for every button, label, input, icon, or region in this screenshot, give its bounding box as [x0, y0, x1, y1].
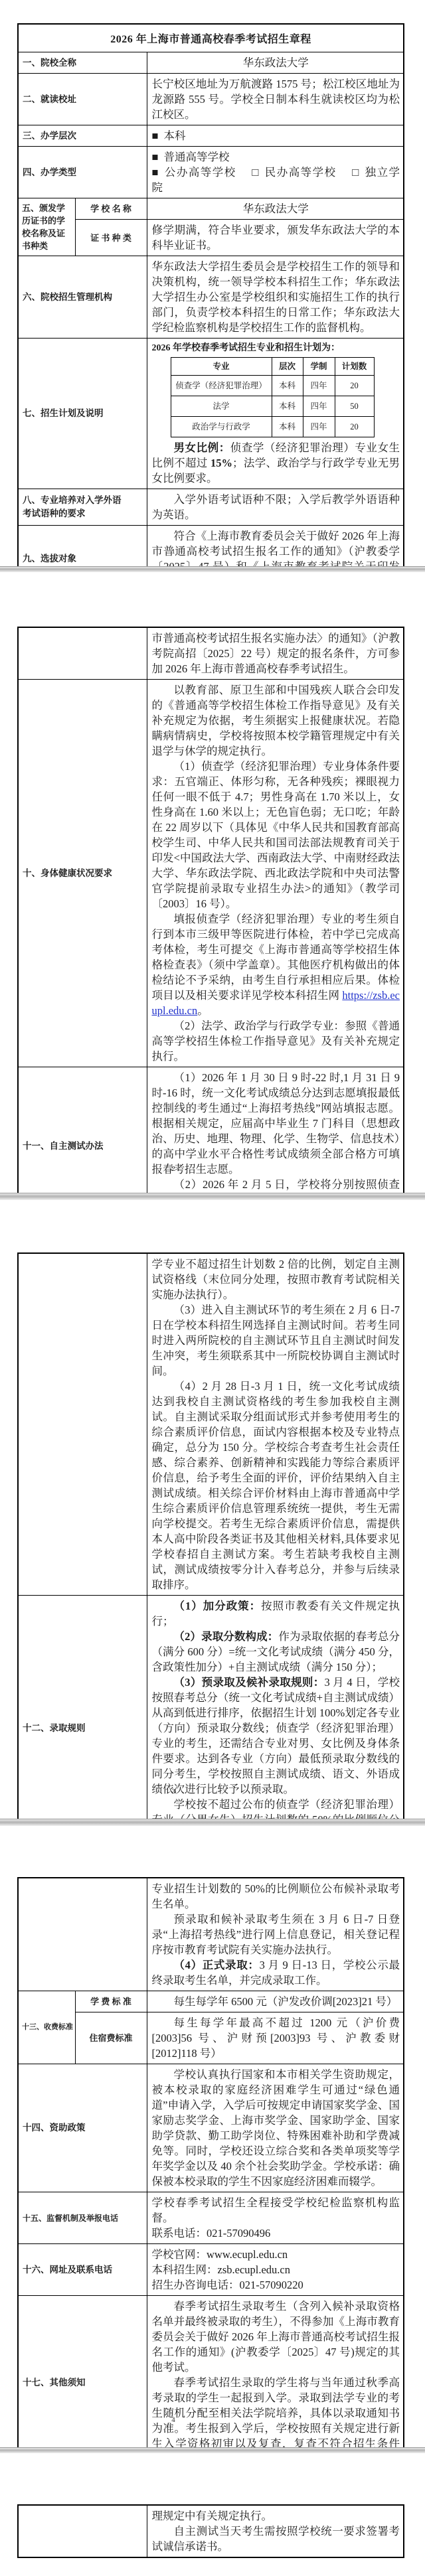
row-other-notes-value: 春季考试招生录取考生（含列入候补录取资格名单并最终被录取的考生），不得参加《上海… [147, 2296, 404, 2448]
row-health-requirements: 十、身体健康状况要求 以教育部、原卫生部和中国残疾人联合会印发的《普通高等学校招… [18, 680, 404, 1067]
plan-cell-duration: 四年 [303, 376, 335, 396]
row-school-name-label: 一、院校全称 [18, 52, 147, 74]
tuition-label: 学 费 标 准 [75, 1991, 147, 2012]
supervision-phone: 联系电话：021-57090496 [152, 2226, 400, 2241]
health-paragraph: （2）法学、政治学与行政学专业：参照《普通高等学校招生体检工作指导意见》及有关补… [152, 1018, 400, 1064]
charter-table-page-2: 市普通高校考试招生报名实施办法〉的通知》（沪教考院高招〔2025〕22 号）规定… [17, 627, 404, 1193]
plan-cell-major: 法学 [171, 396, 272, 417]
charter-table-page-4: 专业招生计划数的 50%的比例顺位公布候补录取考生名单。 预录取和候补录取考生须… [17, 1877, 404, 2447]
school-type-option: 普通高等学校 [163, 151, 229, 163]
certificate-type-value: 修学期满，符合毕业要求，颁发华东政法大学的本科毕业证书。 [147, 220, 404, 256]
plan-cell-duration: 四年 [303, 417, 335, 437]
row-campus-address-value: 长宁校区地址为万航渡路 1575 号；松江校区地址为龙源路 555 号。学校全日… [147, 74, 404, 125]
gender-ratio-paragraph: 男女比例：侦查学（经济犯罪治理）专业女生比例不超过 15%；法学、政治学与行政学… [152, 440, 400, 486]
title-row: 2026 年上海市普通高校春季考试招生章程 [18, 24, 404, 52]
plan-cell-major: 侦查学（经济犯罪治理） [171, 376, 272, 396]
admission-rules-paragraph: 学校按不超过公布的侦查学（经济犯罪治理）专业（分男女生）招生计划数的 50%的比… [152, 1797, 400, 1819]
row-enrollment-plan-label: 七、招生计划及说明 [18, 339, 147, 489]
row-websites-label: 十六、网址及联系电话 [18, 2244, 147, 2296]
health-paragraph: （1）侦查学（经济犯罪治理）专业身体条件要求：五官端正、体形匀称，无各种残疾；裸… [152, 759, 400, 911]
school-type-option-public: ■公办高等学校 [152, 166, 236, 179]
row-tuition: 十三、收费标准 学 费 标 准 每生每学年 6500 元（沪发改价调[2023]… [18, 1991, 404, 2012]
plan-cell-level: 本科 [272, 376, 303, 396]
row-admissions-org-label: 六、院校招生管理机构 [18, 256, 147, 339]
plan-cell-level: 本科 [272, 417, 303, 437]
admission-rules-paragraph: 预录取和候补录取考生须在 3 月 6 日-7 日登录“上海招考热线”进行网上信息… [152, 1912, 400, 1957]
row-admissions-org-value: 华东政法大学招生委员会是学校招生工作的领导和决策机构，统一领导学校本科招生工作；… [147, 256, 404, 339]
page-separator [0, 566, 425, 572]
plan-row-law: 法学 本科 四年 50 [171, 396, 374, 417]
row-websites-value: 学校官网：www.ecupl.edu.cn 本科招生网：zsb.ecupl.ed… [147, 2244, 404, 2296]
row-admission-rules: 十二、录取规则 （1）加分政策：按照市教委有关文件规定执行； （2）录取分数构成… [18, 1596, 404, 1819]
empty-label-cell [18, 2505, 147, 2557]
health-paragraph-with-link: 填报侦查学（经济犯罪治理）专业的考生须自行到本市三级甲等医院进行体检，若中学已完… [152, 911, 400, 1018]
official-website: 学校官网：www.ecupl.edu.cn [152, 2247, 400, 2262]
plan-cell-quota: 50 [335, 396, 374, 417]
page-number: 2 [17, 1165, 329, 1173]
row-supervision-value: 学校春季考试招生全程接受学校纪检监察机构监督。 联系电话：021-5709049… [147, 2192, 404, 2244]
school-type-line-2: ■公办高等学校 □民办高等学校 □独立学院 [152, 165, 400, 195]
row-selection-target-label: 九、选拔对象 [18, 526, 147, 567]
row-independent-test: 十一、自主测试办法 （1）2026 年 1 月 30 日 9 时-22 时,1 … [18, 1067, 404, 1193]
tuition-value: 每生每学年 6500 元（沪发改价调[2023]21 号） [147, 1991, 404, 2012]
plan-header-row: 专业 层次 学制 计划数 [171, 358, 374, 376]
other-notes-paragraph: 自主测试当天考生需按照学校统一要求签署考试诚信承诺书。 [152, 2524, 400, 2554]
accommodation-value: 每生每学年最高不超过 1200 元（沪价费[2003]56 号、沪财预[2003… [147, 2012, 404, 2064]
other-notes-paragraph: 春季考试招生录取的学生将与当年通过秋季高考录取的学生一起报到入学。录取到法学专业… [152, 2375, 400, 2447]
independent-test-continued-value: 学专业不超过招生计划数 2 倍的比例，划定自主测试资格线（末位同分处理，按照市教… [147, 1253, 404, 1596]
rule-lead: （3）预录取及候补录取规则： [174, 1676, 325, 1689]
foreign-language-text: 入学外语考试语种不限；入学后教学外语语种为英语。 [152, 492, 400, 522]
charter-table-page-5: 理规定中有关规定执行。 自主测试当天考生需按照学校统一要求签署考试诚信承诺书。 [17, 2504, 404, 2558]
rule-lead: （1）加分政策： [174, 1600, 262, 1612]
row-independent-test-continued: 学专业不超过招生计划数 2 倍的比例，划定自主测试资格线（末位同分处理，按照市教… [18, 1253, 404, 1596]
option-label: 公办高等学校 [163, 166, 236, 179]
row-education-level-value: ■本科 [147, 125, 404, 147]
other-notes-paragraph: 理规定中有关规定执行。 [152, 2508, 400, 2524]
row-education-level: 三、办学层次 ■本科 [18, 125, 404, 147]
rule-lead: （4）正式录取： [174, 1959, 260, 1971]
row-fees-label: 十三、收费标准 [18, 1991, 75, 2064]
plan-table: 专业 层次 学制 计划数 侦查学（经济犯罪治理） 本科 四年 20 法学 本科 [171, 357, 375, 437]
row-selection-target: 九、选拔对象 符合《上海市教育委员会关于做好 2026 年上海市普通高校考试招生… [18, 526, 404, 567]
page-number: 1 [17, 548, 329, 556]
plan-header-level: 层次 [272, 358, 303, 376]
page-number: 3 [17, 1787, 329, 1795]
row-financial-aid-value: 学校认真执行国家和本市相关学生资助规定，被本校录取的家庭经济困难学生可通过“绿色… [147, 2064, 404, 2192]
supervision-text: 学校春季考试招生全程接受学校纪检监察机构监督。 [152, 2195, 400, 2226]
plan-header-quota: 计划数 [335, 358, 374, 376]
row-other-notes: 十七、其他须知 春季考试招生录取考生（含列入候补录取资格名单并最终被录取的考生）… [18, 2296, 404, 2448]
row-certificate-label: 五、颁发学历证书的学校名称及证书种类 [18, 198, 75, 256]
gender-ratio-lead: 男女比例： [174, 441, 230, 454]
plan-header-major: 专业 [171, 358, 272, 376]
page-2: 市普通高校考试招生报名实施办法〉的通知》（沪教考院高招〔2025〕22 号）规定… [0, 572, 425, 1193]
row-other-notes-continued: 理规定中有关规定执行。 自主测试当天考生需按照学校统一要求签署考试诚信承诺书。 [18, 2505, 404, 2557]
certificate-school-name-value: 华东政法大学 [147, 198, 404, 220]
row-admissions-org: 六、院校招生管理机构 华东政法大学招生委员会是学校招生工作的领导和决策机构，统一… [18, 256, 404, 339]
page-number: 4 [17, 2416, 329, 2424]
checked-box-icon: ■ [152, 149, 159, 165]
plan-cell-quota: 20 [335, 376, 374, 396]
admission-rules-paragraph: （3）预录取及候补录取规则：3 月 4 日，学校按照春考总分（统一文化考试成绩+… [152, 1675, 400, 1797]
admission-rules-paragraph: （1）加分政策：按照市教委有关文件规定执行； [152, 1598, 400, 1629]
row-enrollment-plan-value: 2026 年学校春季考试招生专业和招生计划为： 专业 层次 学制 计划数 侦查学… [147, 339, 404, 489]
row-school-type-value: ■普通高等学校 ■公办高等学校 □民办高等学校 □独立学院 [147, 147, 404, 198]
row-accommodation: 住宿费标准 每生每学年最高不超过 1200 元（沪价费[2003]56 号、沪财… [18, 2012, 404, 2064]
health-paragraph: 以教育部、原卫生部和中国残疾人联合会印发的《普通高等学校招生体检工作指导意见》及… [152, 682, 400, 759]
empty-label-cell [18, 1253, 147, 1596]
checked-box-icon: ■ [152, 165, 159, 180]
row-certificate-type: 证 书 种 类 修学期满，符合毕业要求，颁发华东政法大学的本科毕业证书。 [18, 220, 404, 256]
page-separator [0, 1819, 425, 1826]
row-supervision-label: 十五、监督机制及举报电话 [18, 2192, 147, 2244]
other-notes-continued-value: 理规定中有关规定执行。 自主测试当天考生需按照学校统一要求签署考试诚信承诺书。 [147, 2505, 404, 2557]
admission-rules-paragraph: （4）正式录取：3 月 9 日-13 日，学校公示最终录取考生名单，并完成录取工… [152, 1957, 400, 1988]
independent-test-paragraph: （2）2026 年 2 月 5 日，学校将分别按照侦查学（经济犯罪治理）专业（分… [152, 1177, 400, 1193]
selection-target-continued-value: 市普通高校考试招生报名实施办法〉的通知》（沪教考院高招〔2025〕22 号）规定… [147, 627, 404, 680]
plan-row-investigation: 侦查学（经济犯罪治理） 本科 四年 20 [171, 376, 374, 396]
independent-test-paragraph: （3）进入自主测试环节的考生须在 2 月 6 日-7 日在学校本科招生网选择自主… [152, 1302, 400, 1379]
row-financial-aid-label: 十四、资助政策 [18, 2064, 147, 2192]
row-certificate-school: 五、颁发学历证书的学校名称及证书种类 学 校 名 称 华东政法大学 [18, 198, 404, 220]
row-school-type-label: 四、办学类型 [18, 147, 147, 198]
row-selection-target-value: 符合《上海市教育委员会关于做好 2026 年上海市普通高校考试招生报名工作的通知… [147, 526, 404, 567]
certificate-type-label: 证 书 种 类 [75, 220, 147, 256]
admission-rules-paragraph: 专业招生计划数的 50%的比例顺位公布候补录取考生名单。 [152, 1881, 400, 1912]
charter-table-page-1: 2026 年上海市普通高校春季考试招生章程 一、院校全称 华东政法大学 二、就读… [17, 23, 404, 566]
page-separator [0, 1193, 425, 1200]
independent-test-paragraph: 学专业不超过招生计划数 2 倍的比例，划定自主测试资格线（末位同分处理，按照市教… [152, 1256, 400, 1302]
rule-lead: （2）录取分数构成： [174, 1630, 279, 1643]
financial-aid-text: 学校认真执行国家和本市相关学生资助规定，被本校录取的家庭经济困难学生可通过“绿色… [152, 2067, 400, 2189]
row-school-name: 一、院校全称 华东政法大学 [18, 52, 404, 74]
row-admission-rules-continued: 专业招生计划数的 50%的比例顺位公布候补录取考生名单。 预录取和候补录取考生须… [18, 1878, 404, 1991]
row-foreign-language-value: 入学外语考试语种不限；入学后教学外语语种为英语。 [147, 489, 404, 526]
row-foreign-language-label: 八、专业培养对入学外语考试语种的要求 [18, 489, 147, 526]
selection-target-continued-text: 市普通高校考试招生报名实施办法〉的通知》（沪教考院高招〔2025〕22 号）规定… [152, 631, 400, 676]
independent-test-paragraph: （4）2 月 28 日-3 月 1 日，统一文化考试成绩达到我校自主测试资格线的… [152, 1379, 400, 1592]
doc-title: 2026 年上海市普通高校春季考试招生章程 [18, 24, 404, 52]
unchecked-box-icon: □ [352, 165, 359, 180]
admissions-website: 本科招生网：zsb.ecupl.edu.cn [152, 2262, 400, 2277]
independent-test-paragraph: （1）2026 年 1 月 30 日 9 时-22 时,1 月 31 日 9 时… [152, 1070, 400, 1177]
page-4: 专业招生计划数的 50%的比例顺位公布候补录取考生名单。 预录取和候补录取考生须… [0, 1826, 425, 2447]
row-independent-test-value: （1）2026 年 1 月 30 日 9 时-22 时,1 月 31 日 9 时… [147, 1067, 404, 1193]
row-foreign-language: 八、专业培养对入学外语考试语种的要求 入学外语考试语种不限；入学后教学外语语种为… [18, 489, 404, 526]
certificate-school-name-label: 学 校 名 称 [75, 198, 147, 220]
row-selection-target-continued: 市普通高校考试招生报名实施办法〉的通知》（沪教考院高招〔2025〕22 号）规定… [18, 627, 404, 680]
plan-cell-quota: 20 [335, 417, 374, 437]
gender-ratio-percent: 15% [211, 457, 232, 469]
row-school-type: 四、办学类型 ■普通高等学校 ■公办高等学校 □民办高等学校 □独立学院 [18, 147, 404, 198]
accommodation-text: 每生每学年最高不超过 1200 元（沪价费[2003]56 号、沪财预[2003… [152, 2015, 400, 2061]
row-campus-address: 二、就读校址 长宁校区地址为万航渡路 1575 号；松江校区地址为龙源路 555… [18, 74, 404, 125]
plan-cell-duration: 四年 [303, 396, 335, 417]
row-enrollment-plan: 七、招生计划及说明 2026 年学校春季考试招生专业和招生计划为： 专业 层次 … [18, 339, 404, 489]
school-type-line-1: ■普通高等学校 [152, 149, 400, 165]
rule-text: 3 月 4 日，学校按照春考总分（统一文化考试成绩+自主测试成绩）从高到低进行排… [152, 1676, 400, 1795]
empty-label-cell [18, 627, 147, 680]
row-education-level-label: 三、办学层次 [18, 125, 147, 147]
checked-box-icon: ■ [152, 128, 159, 143]
empty-label-cell [18, 1878, 147, 1991]
tuition-text: 每生每学年 6500 元（沪发改价调[2023]21 号） [152, 1994, 400, 2009]
page-1: 2026 年上海市普通高校春季考试招生章程 一、院校全称 华东政法大学 二、就读… [0, 0, 425, 566]
admission-rules-continued-value: 专业招生计划数的 50%的比例顺位公布候补录取考生名单。 预录取和候补录取考生须… [147, 1878, 404, 1991]
admission-rules-paragraph: （2）录取分数构成：作为录取依据的春考总分（满分 600 分）=统一文化考试成绩… [152, 1629, 400, 1675]
accommodation-label: 住宿费标准 [75, 2012, 147, 2064]
row-websites: 十六、网址及联系电话 学校官网：www.ecupl.edu.cn 本科招生网：z… [18, 2244, 404, 2296]
education-level-text: 本科 [163, 129, 185, 142]
charter-table-page-3: 学专业不超过招生计划数 2 倍的比例，划定自主测试资格线（末位同分处理，按照市教… [17, 1252, 404, 1819]
row-other-notes-label: 十七、其他须知 [18, 2296, 147, 2448]
plan-table-title: 2026 年学校春季考试招生专业和招生计划为： [152, 341, 400, 356]
row-health-requirements-label: 十、身体健康状况要求 [18, 680, 147, 1067]
row-financial-aid: 十四、资助政策 学校认真执行国家和本市相关学生资助规定，被本校录取的家庭经济困难… [18, 2064, 404, 2192]
plan-row-politics: 政治学与行政学 本科 四年 20 [171, 417, 374, 437]
row-admission-rules-label: 十二、录取规则 [18, 1596, 147, 1819]
row-supervision: 十五、监督机制及举报电话 学校春季考试招生全程接受学校纪检监察机构监督。 联系电… [18, 2192, 404, 2244]
unchecked-box-icon: □ [252, 165, 258, 180]
health-paragraph-text: 。 [197, 1004, 209, 1017]
row-independent-test-label: 十一、自主测试办法 [18, 1067, 147, 1193]
page-3: 学专业不超过招生计划数 2 倍的比例，划定自主测试资格线（末位同分处理，按照市教… [0, 1200, 425, 1819]
row-health-requirements-value: 以教育部、原卫生部和中国残疾人联合会印发的《普通高等学校招生体检工作指导意见》及… [147, 680, 404, 1067]
plan-header-duration: 学制 [303, 358, 335, 376]
admissions-phone: 招生办咨询电话：021-57090220 [152, 2277, 400, 2293]
row-admission-rules-value: （1）加分政策：按照市教委有关文件规定执行； （2）录取分数构成：作为录取依据的… [147, 1596, 404, 1819]
plan-cell-major: 政治学与行政学 [171, 417, 272, 437]
school-type-option-private: □民办高等学校 [252, 166, 336, 179]
plan-cell-level: 本科 [272, 396, 303, 417]
page-5: 理规定中有关规定执行。 自主测试当天考生需按照学校统一要求签署考试诚信承诺书。 [0, 2453, 425, 2576]
page-separator [0, 2447, 425, 2453]
other-notes-paragraph: 春季考试招生录取考生（含列入候补录取资格名单并最终被录取的考生），不得参加《上海… [152, 2299, 400, 2375]
row-school-name-value: 华东政法大学 [147, 52, 404, 74]
health-paragraph-text: 填报侦查学（经济犯罪治理）专业的考生须自行到本市三级甲等医院进行体检，若中学已完… [152, 913, 400, 1002]
option-label: 民办高等学校 [264, 166, 336, 179]
row-campus-address-label: 二、就读校址 [18, 74, 147, 125]
